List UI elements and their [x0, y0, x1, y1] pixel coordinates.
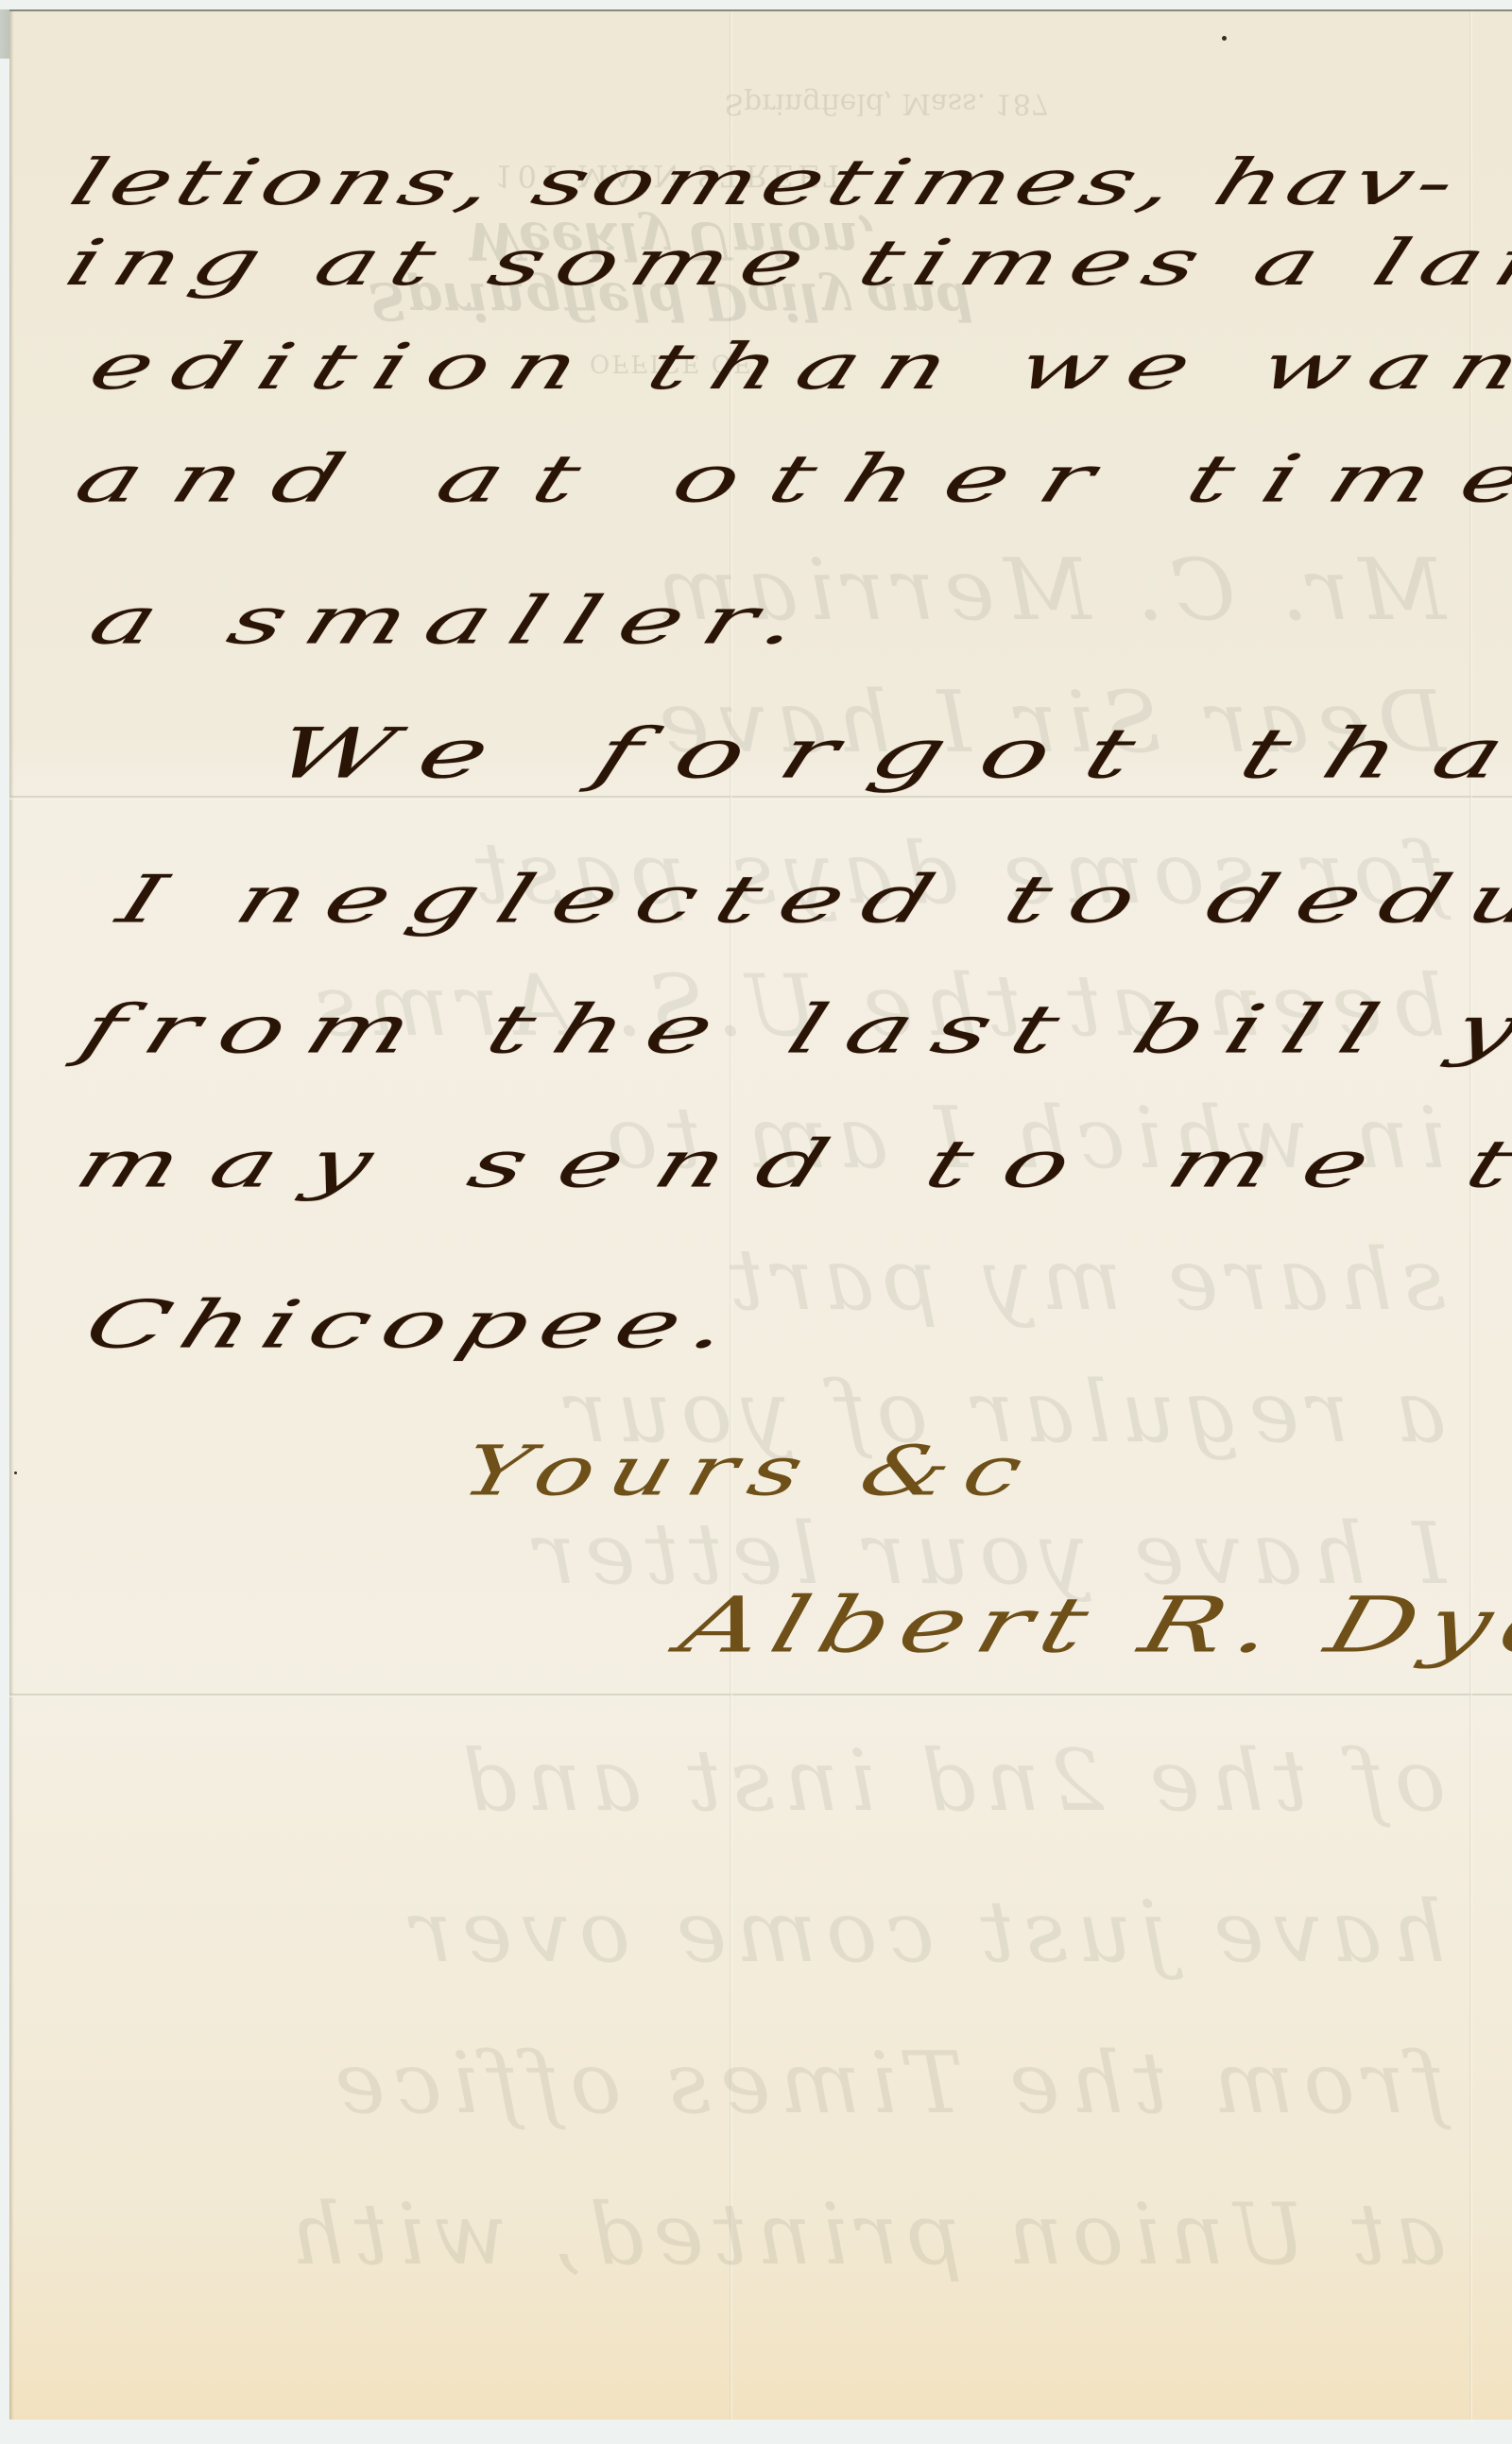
- horizontal-fold-upper: [9, 796, 1512, 800]
- letter-line-8: from the last bill you: [71, 990, 1512, 1068]
- letterhead-date-line: Springfield, Mass. 187: [293, 87, 1049, 120]
- letter-line-4: and at other times: [66, 440, 1512, 517]
- letter-page: OFFICE OF Springfield Daily and Weekly U…: [9, 9, 1512, 2419]
- ink-speck: [14, 1472, 17, 1474]
- reverse-showthrough-line: of the 2nd inst and: [47, 1731, 1446, 1831]
- horizontal-fold-lower: [9, 1694, 1512, 1697]
- reverse-showthrough-line: have just come over: [47, 1883, 1446, 1982]
- letter-line-10: Chicopee.: [76, 1286, 752, 1363]
- letter-line-7: I neglected to deduct: [109, 861, 1512, 938]
- signature: Albert R. Dyer: [671, 1581, 1512, 1671]
- reverse-showthrough-line: at Union printed, with: [47, 2185, 1446, 2284]
- letter-line-2: ing at some times a larger: [57, 227, 1512, 301]
- letter-line-5: a smaller.: [80, 582, 831, 659]
- letter-line-1: letions, sometimes, hav-: [61, 146, 1470, 220]
- valediction: Yours &c: [454, 1431, 1046, 1511]
- letter-line-6: We forgot that: [265, 713, 1512, 794]
- reverse-showthrough-line: from the Times office: [47, 2034, 1446, 2133]
- letter-line-3: edition than we wanted: [80, 331, 1512, 404]
- ink-speck: [1222, 36, 1227, 41]
- letter-line-9: may send to me to: [66, 1126, 1512, 1202]
